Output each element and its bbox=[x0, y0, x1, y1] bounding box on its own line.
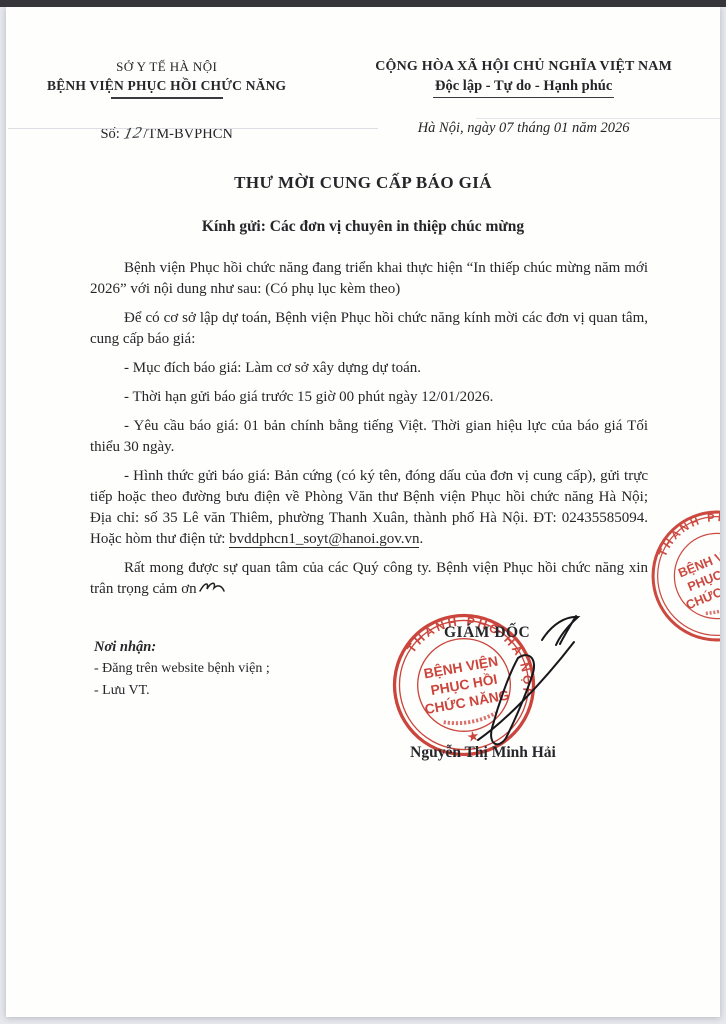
document-page: SỞ Y TẾ HÀ NỘI BỆNH VIỆN PHỤC HỒI CHỨC N… bbox=[6, 7, 720, 1017]
document-title: THƯ MỜI CUNG CẤP BÁO GIÁ bbox=[6, 173, 720, 193]
issuer-block: SỞ Y TẾ HÀ NỘI BỆNH VIỆN PHỤC HỒI CHỨC N… bbox=[6, 59, 327, 143]
delivery-item: - Hình thức gửi báo giá: Bản cứng (có ký… bbox=[90, 466, 648, 550]
document-body: Bệnh viện Phục hồi chức năng đang triển … bbox=[6, 258, 720, 600]
scan-background: { "document": { "header": { "left": { "p… bbox=[0, 0, 726, 1024]
handwritten-initial-mark bbox=[198, 579, 226, 595]
recipients-block: Nơi nhận: - Đăng trên website bệnh viện … bbox=[94, 636, 270, 702]
recipient-item: - Đăng trên website bệnh viện ; bbox=[94, 658, 270, 680]
document-header: SỞ Y TẾ HÀ NỘI BỆNH VIỆN PHỤC HỒI CHỨC N… bbox=[6, 59, 720, 143]
recipients-label: Nơi nhận: bbox=[94, 636, 270, 658]
national-motto-line2: Độc lập - Tự do - Hạnh phúc bbox=[433, 78, 614, 98]
doc-number-handwritten: 12 bbox=[121, 124, 145, 143]
org-name: BỆNH VIỆN PHỤC HỒI CHỨC NĂNG bbox=[6, 78, 327, 94]
scan-top-edge bbox=[0, 0, 726, 7]
email-address: bvddphcn1_soyt@hanoi.gov.vn bbox=[229, 531, 419, 548]
closing-paragraph: Rất mong được sự quan tâm của các Quý cô… bbox=[90, 558, 648, 600]
signer-title: GIÁM ĐỐC bbox=[444, 624, 530, 642]
purpose-item: - Mục đích báo giá: Làm cơ sở xây dựng d… bbox=[90, 358, 648, 379]
delivery-text-end: . bbox=[419, 531, 423, 547]
org-name-underline bbox=[111, 97, 223, 99]
scan-artifact-line bbox=[8, 128, 378, 129]
national-header-block: CỘNG HÒA XÃ HỘI CHỦ NGHĨA VIỆT NAM Độc l… bbox=[327, 59, 720, 143]
recipient-item: - Lưu VT. bbox=[94, 680, 270, 702]
basis-paragraph: Để có cơ sở lập dự toán, Bệnh viện Phục … bbox=[90, 308, 648, 350]
signer-name: Nguyễn Thị Minh Hải bbox=[358, 744, 608, 762]
salutation-line: Kính gửi: Các đơn vị chuyên in thiệp chú… bbox=[6, 218, 720, 236]
requirement-item: - Yêu cầu báo giá: 01 bản chính bằng tiế… bbox=[90, 416, 648, 458]
signature-area: Nơi nhận: - Đăng trên website bệnh viện … bbox=[6, 612, 720, 972]
parent-org-name: SỞ Y TẾ HÀ NỘI bbox=[6, 59, 327, 75]
place-date-line: Hà Nội, ngày 07 tháng 01 năm 2026 bbox=[327, 120, 720, 137]
closing-text: Rất mong được sự quan tâm của các Quý cô… bbox=[90, 560, 648, 597]
national-motto-line1: CỘNG HÒA XÃ HỘI CHỦ NGHĨA VIỆT NAM bbox=[327, 59, 720, 75]
scan-artifact-line bbox=[476, 118, 720, 119]
intro-paragraph: Bệnh viện Phục hồi chức năng đang triển … bbox=[90, 258, 648, 300]
deadline-item: - Thời hạn gửi báo giá trước 15 giờ 00 p… bbox=[90, 387, 648, 408]
